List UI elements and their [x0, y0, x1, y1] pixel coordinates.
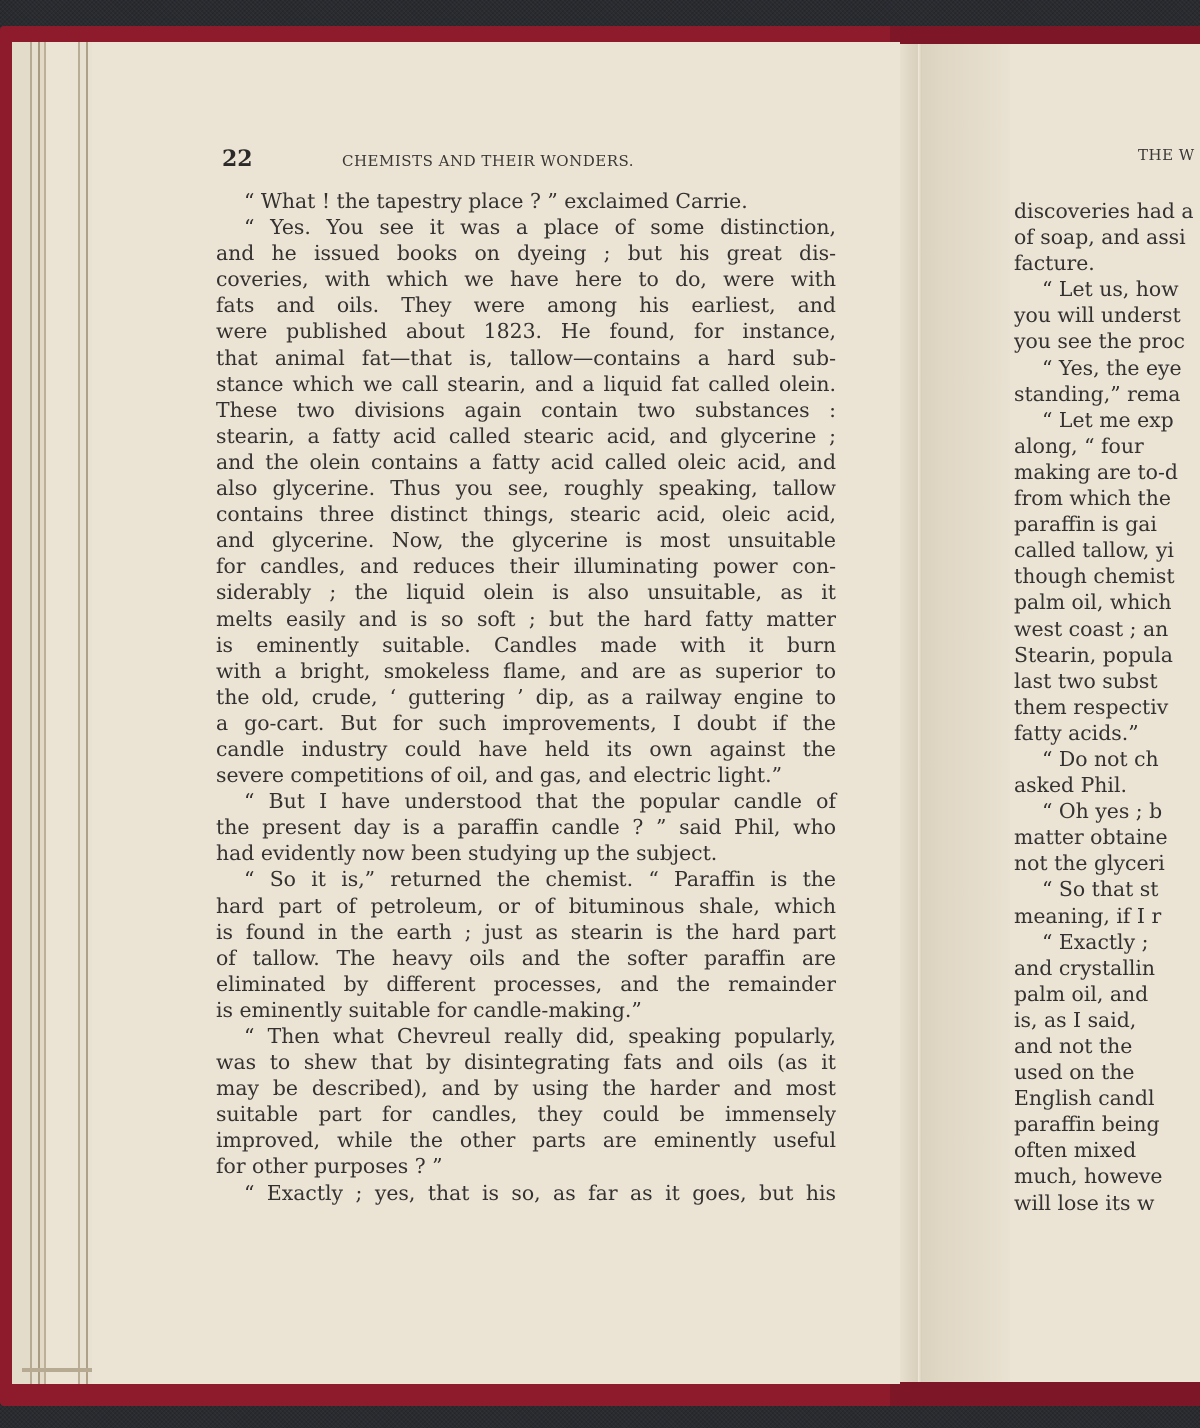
text-line: and the olein contains a fatty acid call…	[216, 449, 836, 475]
running-head: CHEMISTS AND THEIR WONDERS.	[342, 152, 634, 170]
text-line: from which the	[1014, 485, 1200, 511]
text-line: for other purposes ? ”	[216, 1153, 836, 1179]
text-line: had evidently now been studying up the s…	[216, 840, 836, 866]
page-leaves-edge	[12, 42, 92, 1384]
text-line: severe competitions of oil, and gas, and…	[216, 762, 836, 788]
text-line: “ Let me exp	[1014, 407, 1200, 433]
text-line: paraffin being	[1014, 1111, 1200, 1137]
text-line: palm oil, which	[1014, 589, 1200, 615]
text-line: hard part of petroleum, or of bituminous…	[216, 893, 836, 919]
text-line: of soap, and assi	[1014, 224, 1200, 250]
text-line: asked Phil.	[1014, 772, 1200, 798]
text-line: them respectiv	[1014, 694, 1200, 720]
text-line: “ So that st	[1014, 876, 1200, 902]
text-line: fatty acids.”	[1014, 720, 1200, 746]
text-line: facture.	[1014, 250, 1200, 276]
text-line: west coast ; an	[1014, 616, 1200, 642]
text-line: though chemist	[1014, 563, 1200, 589]
text-line: along, “ four	[1014, 433, 1200, 459]
text-line: matter obtaine	[1014, 824, 1200, 850]
text-line: “ Exactly ; yes, that is so, as far as i…	[216, 1180, 836, 1206]
book-gutter	[900, 44, 1010, 1382]
left-page-body-text: “ What ! the tapestry place ? ” exclaime…	[216, 188, 836, 1206]
text-line: meaning, if I r	[1014, 903, 1200, 929]
text-line: called tallow, yi	[1014, 537, 1200, 563]
text-line: “ What ! the tapestry place ? ” exclaime…	[216, 188, 836, 214]
text-line: improved, while the other parts are emin…	[216, 1127, 836, 1153]
text-line: standing,” rema	[1014, 381, 1200, 407]
text-line: paraffin is gai	[1014, 511, 1200, 537]
gutter-fold-edge	[918, 44, 922, 1382]
text-line: “ But I have understood that the popular…	[216, 788, 836, 814]
text-line: were published about 1823. He found, for…	[216, 318, 836, 344]
text-line: These two divisions again contain two su…	[216, 397, 836, 423]
text-line: and crystallin	[1014, 955, 1200, 981]
text-line: melts easily and is so soft ; but the ha…	[216, 606, 836, 632]
text-line: you see the proc	[1014, 328, 1200, 354]
text-line: “ Oh yes ; b	[1014, 798, 1200, 824]
text-line: also glycerine. Thus you see, roughly sp…	[216, 475, 836, 501]
text-line: discoveries had a	[1014, 198, 1200, 224]
text-line: stearin, a fatty acid called stearic aci…	[216, 423, 836, 449]
text-line: that animal fat—that is, tallow—contains…	[216, 345, 836, 371]
text-line: “ Then what Chevreul really did, speakin…	[216, 1023, 836, 1049]
text-line: making are to-d	[1014, 459, 1200, 485]
text-line: may be described), and by using the hard…	[216, 1075, 836, 1101]
text-line: was to shew that by disintegrating fats …	[216, 1049, 836, 1075]
right-page-body-text: discoveries had aof soap, and assifactur…	[1014, 198, 1200, 1216]
text-line: palm oil, and	[1014, 981, 1200, 1007]
text-line: “ Yes. You see it was a place of some di…	[216, 214, 836, 240]
text-line: fats and oils. They were among his earli…	[216, 292, 836, 318]
text-line: siderably ; the liquid olein is also uns…	[216, 579, 836, 605]
left-page-header: 22 CHEMISTS AND THEIR WONDERS.	[222, 146, 842, 176]
text-line: the present day is a paraffin candle ? ”…	[216, 814, 836, 840]
text-line: “ Let us, how	[1014, 276, 1200, 302]
text-line: last two subst	[1014, 668, 1200, 694]
text-line: is found in the earth ; just as stearin …	[216, 919, 836, 945]
text-line: the old, crude, ‘ guttering ’ dip, as a …	[216, 684, 836, 710]
text-line: English candl	[1014, 1085, 1200, 1111]
text-line: and he issued books on dyeing ; but his …	[216, 240, 836, 266]
text-line: often mixed	[1014, 1137, 1200, 1163]
text-line: you will underst	[1014, 302, 1200, 328]
text-line: with a bright, smokeless flame, and are …	[216, 658, 836, 684]
text-line: used on the	[1014, 1059, 1200, 1085]
text-line: not the glyceri	[1014, 850, 1200, 876]
text-line: “ Do not ch	[1014, 746, 1200, 772]
text-line: is eminently suitable. Candles made with…	[216, 632, 836, 658]
text-line: “ Yes, the eye	[1014, 355, 1200, 381]
text-line: “ So it is,” returned the chemist. “ Par…	[216, 866, 836, 892]
text-line: contains three distinct things, stearic …	[216, 501, 836, 527]
text-line: and glycerine. Now, the glycerine is mos…	[216, 527, 836, 553]
text-line: suitable part for candles, they could be…	[216, 1101, 836, 1127]
page-number: 22	[222, 146, 253, 172]
text-line: is eminently suitable for candle-making.…	[216, 997, 836, 1023]
text-line: and not the	[1014, 1033, 1200, 1059]
text-line: of tallow. The heavy oils and the softer…	[216, 945, 836, 971]
text-line: much, howeve	[1014, 1163, 1200, 1189]
text-line: a go-cart. But for such improvements, I …	[216, 710, 836, 736]
text-line: will lose its w	[1014, 1190, 1200, 1216]
text-line: is, as I said,	[1014, 1007, 1200, 1033]
text-line: Stearin, popula	[1014, 642, 1200, 668]
text-line: “ Exactly ;	[1014, 929, 1200, 955]
text-line: for candles, and reduces their illuminat…	[216, 553, 836, 579]
text-line: candle industry could have held its own …	[216, 736, 836, 762]
text-line: stance which we call stearin, and a liqu…	[216, 371, 836, 397]
right-page-clip: discoveries had aof soap, and assifactur…	[1010, 180, 1200, 1280]
text-line: coveries, with which we have here to do,…	[216, 266, 836, 292]
text-line: eliminated by different processes, and t…	[216, 971, 836, 997]
right-running-head: THE W	[1138, 146, 1195, 164]
